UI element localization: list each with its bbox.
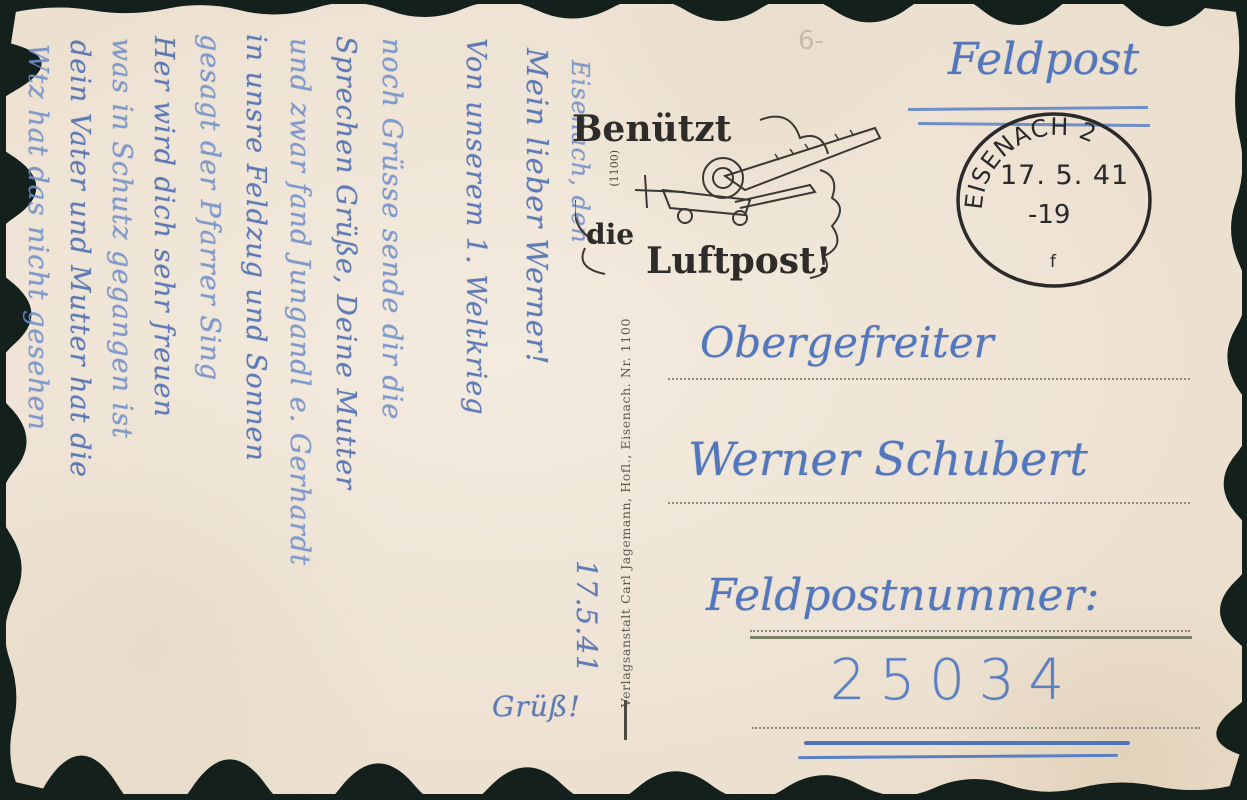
publisher-imprint: Verlagsanstalt Carl Jagemann, Hofl., Eis… [618, 318, 633, 707]
service-label: Feldpost [948, 34, 1139, 85]
message-line: Her wird dich sehr freuen [148, 36, 179, 418]
message-line: Sprechen Grüße, Deine Mutter [330, 36, 361, 490]
slogan-line-2: die [586, 218, 634, 251]
address-rule [750, 636, 1192, 639]
postmark-time: -19 [1028, 200, 1070, 230]
underline [804, 741, 1130, 745]
fieldpost-number: 25034 [830, 648, 1078, 713]
message-line: gesagt der Pfarrer Sing [194, 34, 225, 381]
greeting: Mein lieber Werner! [520, 48, 554, 365]
message-line: in unsre Feldzug und Sonnen [240, 34, 271, 462]
address-line [750, 630, 1190, 632]
message-line: und zwar fand Jungandl e. Gerhardt [284, 38, 315, 566]
postmark-code: f [1050, 252, 1056, 272]
address-line [668, 378, 1190, 380]
message-line: Von unserem 1. Weltkrieg [460, 38, 491, 415]
slogan-line-1: Benützt [572, 108, 731, 150]
message-line: was in Schutz gegangen ist [106, 38, 137, 439]
pencil-note: 6- [798, 26, 824, 56]
slogan-line-3: Luftpost! [646, 240, 831, 282]
imprint-rule [624, 700, 627, 740]
message-line: dein Vater und Mutter hat die [64, 40, 95, 478]
fieldpost-label: Feldpostnummer: [706, 570, 1099, 621]
message-line: noch Grüsse sende dir die [376, 38, 407, 420]
recipient-rank: Obergefreiter [700, 318, 994, 367]
slogan-certificate: (1100) [608, 150, 621, 187]
recipient-name: Werner Schubert [688, 432, 1088, 486]
handwritten-date: 17.5.41 [570, 560, 603, 674]
address-line [752, 727, 1200, 729]
message-line: Wtz hat das nicht gesehen [22, 44, 53, 431]
closing: Grüß! [492, 690, 581, 723]
postmark-date: 17. 5. 41 [1000, 160, 1129, 191]
address-line [668, 502, 1190, 504]
